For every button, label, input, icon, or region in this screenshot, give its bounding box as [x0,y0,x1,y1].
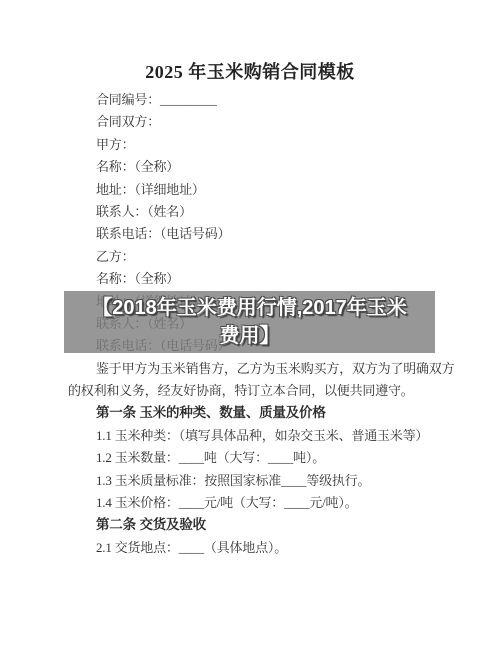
contract-document-page: 2025 年玉米购销合同模板 合同编号：_________ 合同双方： 甲方： … [0,0,500,647]
field-contract-parties: 合同双方： [68,111,470,133]
clause-2-1: 2.1 交货地点：____（具体地点）。 [68,537,470,559]
watermark-overlay: 【2018年玉米费用行情,2017年玉米 费用】 [64,291,435,353]
field-party-a-contact: 联系人：（姓名） [68,201,470,223]
field-party-a-name: 名称：（全称） [68,156,470,178]
field-party-a-phone: 联系电话：（电话号码） [68,223,470,245]
watermark-text-line-2: 费用】 [220,322,280,350]
section-2-heading: 第二条 交货及验收 [68,514,470,536]
clause-1-3: 1.3 玉米质量标准：按照国家标准____等级执行。 [68,470,470,492]
clause-1-4: 1.4 玉米价格：____元/吨（大写：____元/吨）。 [68,492,470,514]
preamble-line-1: 鉴于甲方为玉米销售方，乙方为玉米购买方，双方为了明确双方 [68,358,470,380]
document-title: 2025 年玉米购销合同模板 [0,58,500,84]
field-party-b: 乙方： [68,246,470,268]
field-party-a: 甲方： [68,134,470,156]
watermark-text-line-1: 【2018年玉米费用行情,2017年玉米 [92,294,407,322]
clause-1-2: 1.2 玉米数量：____吨（大写：____吨）。 [68,447,470,469]
field-party-a-address: 地址：（详细地址） [68,179,470,201]
preamble-line-2: 的权利和义务，经友好协商，特订立本合同，以便共同遵守。 [68,380,470,402]
section-1-heading: 第一条 玉米的种类、数量、质量及价格 [68,402,470,424]
field-contract-number: 合同编号：_________ [68,89,470,111]
clause-1-1: 1.1 玉米种类：（填写具体品种，如杂交玉米、普通玉米等） [68,425,470,447]
field-party-b-name: 名称：（全称） [68,268,470,290]
